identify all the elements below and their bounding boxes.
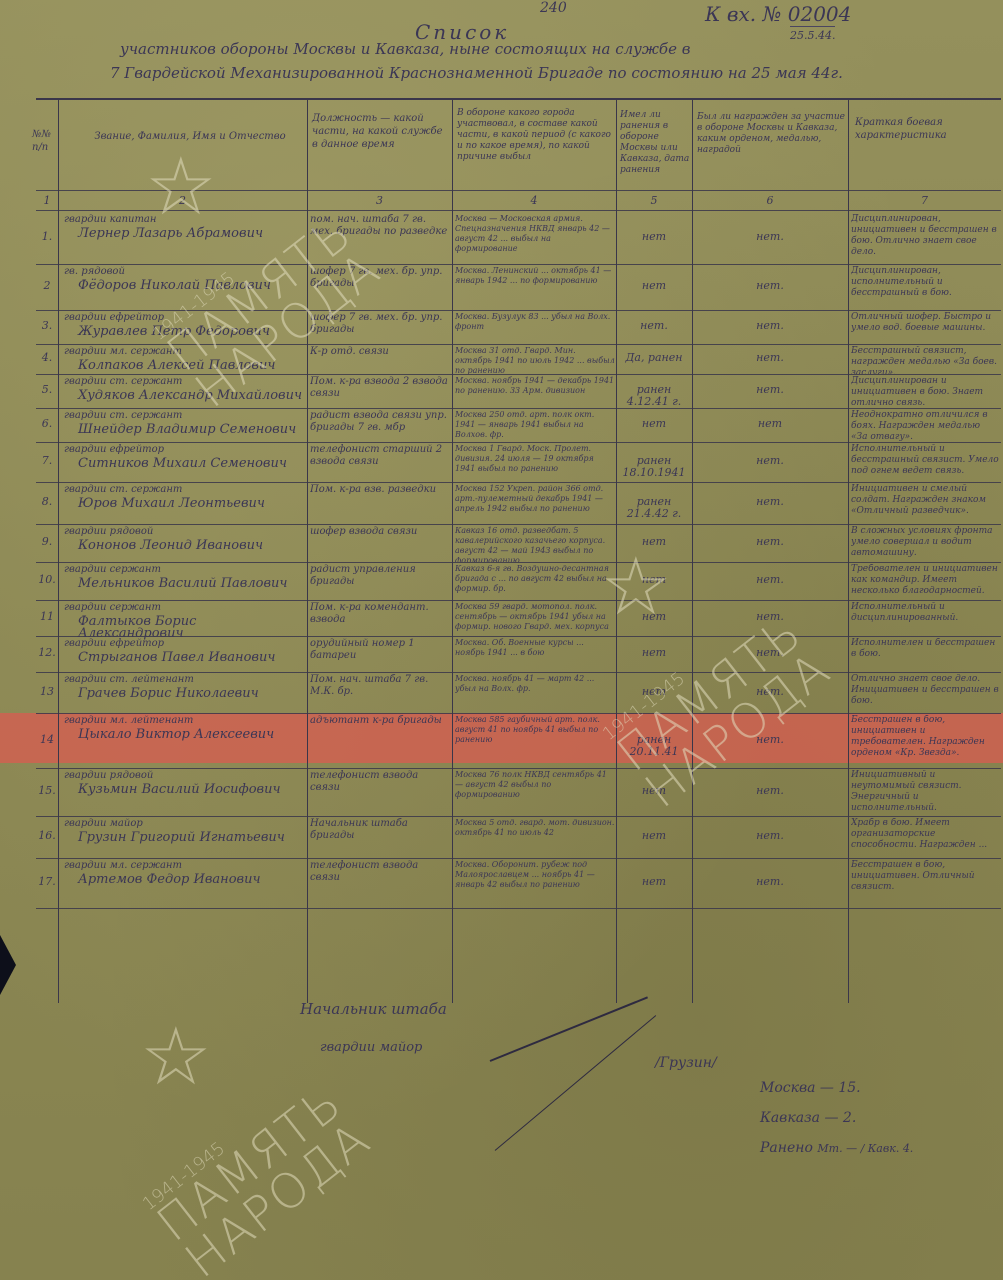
row-characteristic: Бесстрашен в бою, инициативен. Отличный … xyxy=(851,860,999,893)
row-number: 15. xyxy=(36,785,58,797)
row-post: телефонист взвода связи xyxy=(310,770,450,794)
row-wounded: ранен 18.10.1941 xyxy=(618,455,690,479)
row-post: орудийный номер 1 батареи xyxy=(310,638,450,662)
row-number: 10. xyxy=(36,574,58,586)
row-rank: гвардии рядовой xyxy=(64,770,304,782)
row-number: 5. xyxy=(36,384,58,396)
row-defense: Москва. ноябрь 1941 — декабрь 1941 по ра… xyxy=(455,376,615,396)
row-rank: гвардии рядовой xyxy=(64,526,304,538)
row-award: нет. xyxy=(694,320,846,332)
row-post: Пом. нач. штаба 7 гв. М.К. бр. xyxy=(310,674,450,698)
row-number: 8. xyxy=(36,496,58,508)
tally-wounded: Ранено Мт. — / Кавк. 4. xyxy=(760,1140,913,1156)
tally-label: Кавказа xyxy=(760,1110,820,1126)
row-post: радист взвода связи упр. бригады 7 гв. м… xyxy=(310,410,450,434)
col-divider xyxy=(848,98,849,1003)
row-divider xyxy=(36,768,1001,769)
row-characteristic: Исполнительный и бесстрашный связист. Ум… xyxy=(851,444,999,477)
col-number: 6 xyxy=(692,195,848,207)
row-number: 17. xyxy=(36,876,58,888)
row-characteristic: Бесстрашный связист, награжден медалью «… xyxy=(851,346,999,374)
col-header-4: В обороне какого города участвовал, в со… xyxy=(457,108,613,163)
signature-title-line2: гвардии майор xyxy=(320,1040,422,1055)
signature-name: /Грузин/ xyxy=(655,1055,717,1071)
row-award: нет. xyxy=(694,785,846,797)
row-defense: Москва 250 отд. арт. полк окт. 1941 — ян… xyxy=(455,410,615,440)
signature-stroke xyxy=(495,1015,657,1151)
row-defense: Кавказ 16 отд. разведбат. 5 кавалерийско… xyxy=(455,526,615,562)
row-characteristic: Дисциплинирован, исполнительный и бесстр… xyxy=(851,266,999,299)
row-number: 13 xyxy=(36,686,58,698)
col-number: 4 xyxy=(452,195,616,207)
col-number: 5 xyxy=(616,195,692,207)
row-number: 7. xyxy=(36,455,58,467)
row-characteristic: Инициативен и смелый солдат. Награжден з… xyxy=(851,484,999,517)
tally-value: — 2. xyxy=(824,1110,856,1126)
row-divider xyxy=(36,524,1001,525)
row-post: радист управления бригады xyxy=(310,564,450,588)
signature-stroke xyxy=(490,996,648,1062)
col-divider xyxy=(58,98,59,1003)
row-defense: Москва 5 отд. гвард. мот. дивизион. октя… xyxy=(455,818,615,838)
row-post: Пом. к-ра взв. разведки xyxy=(310,484,450,496)
col-number: 1 xyxy=(36,195,58,207)
row-wounded: ранен 4.12.41 г. xyxy=(618,384,690,408)
row-name: Ситников Михаил Семенович xyxy=(78,458,306,470)
row-award: нет. xyxy=(694,455,846,467)
row-characteristic: Неоднократно отличился в боях. Награжден… xyxy=(851,410,999,442)
col-header-1: №№ п/п xyxy=(32,128,58,154)
row-defense: Москва 76 полк НКВД сентябрь 41 — август… xyxy=(455,770,615,800)
col-divider xyxy=(692,98,693,1003)
row-wounded: нет xyxy=(618,231,690,243)
col-divider xyxy=(452,98,453,1003)
row-name: Мельников Василий Павлович xyxy=(78,578,306,590)
row-wounded: нет. xyxy=(618,320,690,332)
row-award: нет. xyxy=(694,384,846,396)
row-divider xyxy=(36,264,1001,265)
row-name: Стрыганов Павел Иванович xyxy=(78,652,306,664)
row-rank: гвардии мл. лейтенант xyxy=(64,715,304,727)
row-award: нет. xyxy=(694,496,846,508)
row-rank: гвардии майор xyxy=(64,818,304,830)
row-wounded: нет xyxy=(618,876,690,888)
row-wounded: нет xyxy=(618,280,690,292)
col-header-5: Имел ли ранения в обороне Москвы или Кав… xyxy=(620,110,690,176)
row-divider xyxy=(36,374,1001,375)
row-name: Кузьмин Василий Иосифович xyxy=(78,784,306,796)
row-number: 11 xyxy=(36,611,58,623)
star-icon: ☆ xyxy=(145,140,217,233)
row-wounded: нет xyxy=(618,647,690,659)
row-number: 2 xyxy=(36,280,58,292)
row-divider xyxy=(36,816,1001,817)
row-divider xyxy=(36,672,1001,673)
row-defense: Москва. Бузулук 83 ... убыл на Волх. фро… xyxy=(455,312,615,332)
row-name: Кононов Леонид Иванович xyxy=(78,540,306,552)
col-header-6: Был ли награжден за участие в обороне Мо… xyxy=(697,112,845,156)
row-characteristic: Требователен и инициативен как командир.… xyxy=(851,564,999,597)
star-icon: ☆ xyxy=(600,540,672,633)
row-name: Грузин Григорий Игнатьевич xyxy=(78,832,306,844)
row-post: Начальник штаба бригады xyxy=(310,818,450,842)
row-award: нет. xyxy=(694,536,846,548)
row-characteristic: Отличный шофер. Быстро и умело вод. боев… xyxy=(851,312,999,334)
row-rank: гвардии сержант xyxy=(64,602,304,614)
row-defense: Кавказ 6-я гв. Воздушно-десантная бригад… xyxy=(455,564,615,594)
row-characteristic: Инициативный и неутомимый связист. Энерг… xyxy=(851,770,999,814)
row-defense: Москва. Оборонит. рубеж под Малоярославц… xyxy=(455,860,615,890)
row-name: Юров Михаил Леонтьевич xyxy=(78,498,306,510)
row-number: 16. xyxy=(36,830,58,842)
row-name: Худяков Александр Михайлович xyxy=(78,390,306,402)
col-header-7: Краткая боевая характеристика xyxy=(855,116,995,142)
row-number: 6. xyxy=(36,418,58,430)
row-rank: гвардии мл. сержант xyxy=(64,860,304,872)
archive-date: 25.5.44. xyxy=(790,26,835,42)
row-divider xyxy=(36,482,1001,483)
row-divider xyxy=(36,600,1001,601)
row-characteristic: Бесстрашен в бою, инициативен и требоват… xyxy=(851,715,999,759)
page-number: 240 xyxy=(540,0,567,16)
tally-value: Мт. — / Кавк. 4. xyxy=(817,1142,913,1155)
row-defense: Москва 59 гвард. мотопол. полк. сентябрь… xyxy=(455,602,615,632)
archive-reference: К вх. № 02004 xyxy=(705,2,851,26)
row-divider xyxy=(36,408,1001,409)
row-wounded: Да, ранен xyxy=(618,352,690,364)
row-defense: Москва — Московская армия. Спецназначени… xyxy=(455,214,615,254)
row-divider xyxy=(36,713,1001,714)
row-number: 1. xyxy=(36,231,58,243)
row-divider xyxy=(36,908,1001,909)
row-rank: гвардии сержант xyxy=(64,564,304,576)
star-icon: ☆ xyxy=(140,1010,212,1103)
document-subtitle-line2: 7 Гвардейской Механизированной Краснозна… xyxy=(110,64,843,82)
row-characteristic: Дисциплинирован, инициативен и бесстраше… xyxy=(851,214,999,258)
row-award: нет. xyxy=(694,231,846,243)
document-subtitle-line1: участников обороны Москвы и Кавказа, нын… xyxy=(120,40,690,58)
row-name: Шнейдер Владимир Семенович xyxy=(78,424,306,436)
row-name: Артемов Федор Иванович xyxy=(78,874,306,886)
row-characteristic: Исполнительный и дисциплинированный. xyxy=(851,602,999,624)
signature-title-line1: Начальник штаба xyxy=(300,1000,447,1018)
row-rank: гвардии ст. сержант xyxy=(64,410,304,422)
row-name: Грачев Борис Николаевич xyxy=(78,688,306,700)
tally-label: Ранено xyxy=(760,1140,813,1156)
row-post: Пом. к-ра взвода 2 взвода связи xyxy=(310,376,450,400)
row-number: 9. xyxy=(36,536,58,548)
row-number: 12. xyxy=(36,647,58,659)
row-defense: Москва 31 отд. Гвард. Мин. октябрь 1941 … xyxy=(455,346,615,374)
row-award: нет. xyxy=(694,830,846,842)
row-wounded: нет xyxy=(618,418,690,430)
row-post: К-р отд. связи xyxy=(310,346,450,358)
tally-caucasus: Кавказа — 2. xyxy=(760,1110,856,1126)
row-award: нет xyxy=(694,418,846,430)
row-rank: гвардии ст. сержант xyxy=(64,484,304,496)
col-number: 7 xyxy=(848,195,1001,207)
row-divider xyxy=(36,562,1001,563)
row-post: адъютант к-ра бригады xyxy=(310,715,450,727)
row-characteristic: Исполнителен и бесстрашен в бою. xyxy=(851,638,999,660)
row-defense: Москва 1 Гвард. Моск. Пролет. дивизия. 2… xyxy=(455,444,615,474)
row-award: нет. xyxy=(694,876,846,888)
row-rank: гвардии ст. лейтенант xyxy=(64,674,304,686)
row-divider xyxy=(36,442,1001,443)
row-award: нет. xyxy=(694,574,846,586)
row-number: 14 xyxy=(36,734,58,746)
row-defense: Москва. Ленинский ... октябрь 41 — январ… xyxy=(455,266,615,286)
row-defense: Москва 585 гаубичный арт. полк. август 4… xyxy=(455,715,615,745)
row-wounded: ранен 21.4.42 г. xyxy=(618,496,690,520)
row-defense: Москва 152 Укреп. район 366 отд. арт.-пу… xyxy=(455,484,615,514)
row-name: Цыкало Виктор Алексеевич xyxy=(78,729,306,741)
tally-moscow: Москва — 15. xyxy=(760,1080,861,1096)
row-divider xyxy=(36,858,1001,859)
row-rank: гвардии ефрейтор xyxy=(64,444,304,456)
row-rank: гвардии ефрейтор xyxy=(64,638,304,650)
tally-value: — 15. xyxy=(820,1080,861,1096)
scan-edge-shadow xyxy=(0,935,16,995)
row-characteristic: В сложных условиях фронта умело совершал… xyxy=(851,526,999,559)
row-name: Фалтыков Борис Александрович xyxy=(78,616,306,640)
row-characteristic: Храбр в бою. Имеет организаторские спосо… xyxy=(851,818,999,851)
row-number: 4. xyxy=(36,352,58,364)
col-header-3: Должность — какой части, на какой службе… xyxy=(312,112,448,151)
row-post: шофер взвода связи xyxy=(310,526,450,538)
row-award: нет. xyxy=(694,280,846,292)
tally-label: Москва xyxy=(760,1080,815,1096)
row-characteristic: Отлично знает свое дело. Инициативен и б… xyxy=(851,674,999,707)
row-defense: Москва. Об. Военные курсы ... ноябрь 194… xyxy=(455,638,615,658)
row-post: телефонист старший 2 взвода связи xyxy=(310,444,450,468)
row-post: телефонист взвода связи xyxy=(310,860,450,884)
row-number: 3. xyxy=(36,320,58,332)
row-defense: Москва. ноябрь 41 — март 42 ... убыл на … xyxy=(455,674,615,694)
row-award: нет. xyxy=(694,352,846,364)
row-post: Пом. к-ра комендант. взвода xyxy=(310,602,450,626)
row-characteristic: Дисциплинирован и инициативен в бою. Зна… xyxy=(851,376,999,408)
row-wounded: нет xyxy=(618,830,690,842)
